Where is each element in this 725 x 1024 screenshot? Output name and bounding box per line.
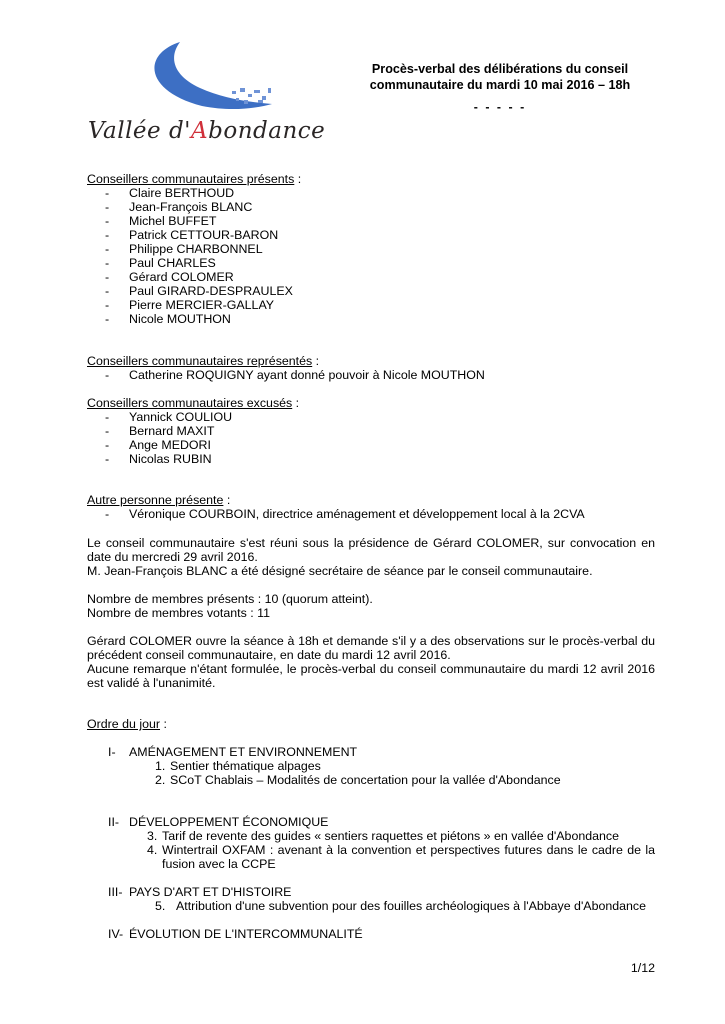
document-title: Procès-verbal des délibérations du conse… [350,61,650,93]
agenda-section-title: DÉVELOPPEMENT ÉCONOMIQUE [129,815,328,829]
logo-swoosh-icon [82,36,307,116]
agenda-item-number: 3. [147,829,157,843]
title-line-1: Procès-verbal des délibérations du conse… [350,61,650,77]
title-separator: - - - - - [350,100,650,114]
agenda-section-numeral: I- [108,745,116,759]
list-item: Paul GIRARD-DESPRAULEX [129,284,293,298]
bullet-dash: - [105,214,109,228]
list-item: Patrick CETTOUR-BARON [129,228,278,242]
logo-wordmark: Vallée d'Abondance [88,118,325,144]
agenda-section-numeral: IV- [108,927,123,941]
agenda-item: Sentier thématique alpages [170,759,655,773]
bullet-dash: - [105,270,109,284]
bullet-dash: - [105,298,109,312]
list-item: Ange MEDORI [129,438,211,452]
list-item: Paul CHARLES [129,256,216,270]
voting-count: Nombre de membres votants : 11 [87,606,655,620]
bullet-dash: - [105,312,109,326]
agenda-item: Attribution d'une subvention pour des fo… [176,899,655,913]
list-item: Pierre MERCIER-GALLAY [129,298,274,312]
agenda-item-number: 2. [155,773,165,787]
agenda-item: Wintertrail OXFAM : avenant à la convent… [162,843,655,871]
agenda-heading: Ordre du jour : [87,717,167,731]
bullet-dash: - [105,452,109,466]
bullet-dash: - [105,368,109,382]
list-item: Yannick COULIOU [129,410,232,424]
list-item: Catherine ROQUIGNY ayant donné pouvoir à… [129,368,485,382]
approval-paragraph: Aucune remarque n'étant formulée, le pro… [87,662,655,690]
agenda-section-numeral: II- [108,815,119,829]
list-item: Véronique COURBOIN, directrice aménageme… [129,507,585,521]
present-count: Nombre de membres présents : 10 (quorum … [87,592,655,606]
represented-heading: Conseillers communautaires représentés : [87,354,319,368]
bullet-dash: - [105,256,109,270]
secretary-paragraph: M. Jean-François BLANC a été désigné sec… [87,564,655,578]
list-item: Philippe CHARBONNEL [129,242,263,256]
bullet-dash: - [105,228,109,242]
other-heading: Autre personne présente : [87,493,230,507]
list-item: Jean-François BLANC [129,200,252,214]
agenda-section-title: AMÉNAGEMENT ET ENVIRONNEMENT [129,745,357,759]
convocation-paragraph: Le conseil communautaire s'est réuni sou… [87,536,655,564]
agenda-item: Tarif de revente des guides « sentiers r… [162,829,655,843]
list-item: Gérard COLOMER [129,270,234,284]
bullet-dash: - [105,424,109,438]
agenda-item-number: 5. [155,899,165,913]
bullet-dash: - [105,438,109,452]
list-item: Nicolas RUBIN [129,452,212,466]
agenda-item: SCoT Chablais – Modalités de concertatio… [170,773,655,787]
logo: Vallée d'Abondance [82,36,307,151]
bullet-dash: - [105,410,109,424]
opening-paragraph: Gérard COLOMER ouvre la séance à 18h et … [87,634,655,662]
title-line-2: communautaire du mardi 10 mai 2016 – 18h [350,77,650,93]
page-number: 1/12 [631,961,655,975]
list-item: Claire BERTHOUD [129,186,234,200]
agenda-item-number: 1. [155,759,165,773]
list-item: Michel BUFFET [129,214,216,228]
agenda-item-number: 4. [147,843,157,857]
agenda-section-title: PAYS D'ART ET D'HISTOIRE [129,885,291,899]
present-heading: Conseillers communautaires présents : [87,172,301,186]
agenda-section-numeral: III- [108,885,122,899]
bullet-dash: - [105,242,109,256]
bullet-dash: - [105,200,109,214]
bullet-dash: - [105,186,109,200]
bullet-dash: - [105,507,109,521]
bullet-dash: - [105,284,109,298]
list-item: Nicole MOUTHON [129,312,231,326]
agenda-section-title: ÉVOLUTION DE L'INTERCOMMUNALITÉ [129,927,363,941]
list-item: Bernard MAXIT [129,424,214,438]
excused-heading: Conseillers communautaires excusés : [87,396,299,410]
